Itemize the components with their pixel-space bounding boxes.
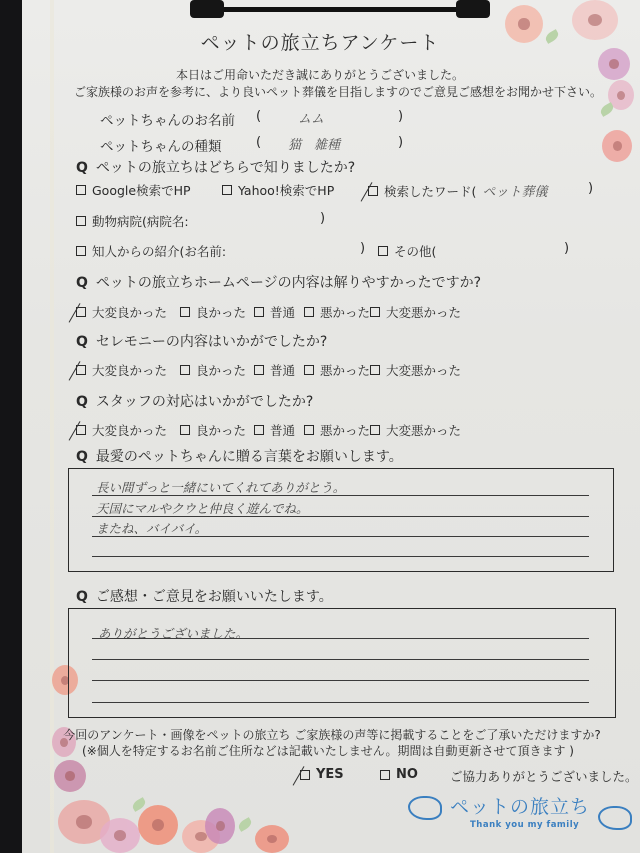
- option-label: 大変悪かった: [386, 421, 461, 439]
- message-line-3: またね、バイバイ。: [96, 519, 207, 537]
- paren-open: (: [256, 135, 261, 150]
- checkbox[interactable]: [378, 246, 388, 256]
- option-label: 悪かった: [320, 421, 370, 439]
- option-label: 良かった: [196, 303, 246, 321]
- option-label: 検索したワード(: [384, 182, 476, 200]
- rating-option[interactable]: 大変良かった: [76, 361, 167, 379]
- question-staff: Qスタッフの対応はいかがでしたか?: [76, 391, 313, 411]
- paren-close: ): [398, 109, 403, 124]
- question-text: 最愛のペットちゃんに贈る言葉をお願いします。: [96, 449, 403, 465]
- checkbox[interactable]: [254, 365, 264, 375]
- option-label: 良かった: [196, 421, 246, 439]
- message-line-1: 長い間ずっと一緒にいてくれてありがとう。: [96, 478, 345, 496]
- survey-title: ペットの旅立ちアンケート: [0, 28, 640, 55]
- q-mark: Q: [76, 589, 88, 605]
- checkbox[interactable]: [254, 307, 264, 317]
- logo-text: ペットの旅立ち: [450, 792, 590, 819]
- pet-name-label: ペットちゃんのお名前: [100, 109, 235, 129]
- message-line-2: 天国にマルやクウと仲良く遊んでね。: [96, 499, 309, 517]
- rating-option[interactable]: 悪かった: [304, 303, 370, 321]
- question-message: Q最愛のペットちゃんに贈る言葉をお願いします。: [76, 446, 403, 466]
- ruled-line: [92, 659, 589, 660]
- option-label: Google検索でHP: [92, 181, 191, 199]
- q-mark: Q: [76, 334, 88, 350]
- ruled-line: [92, 702, 589, 703]
- checkbox[interactable]: [304, 425, 314, 435]
- right-wing-icon: [598, 806, 632, 830]
- ruled-line: [92, 638, 589, 639]
- paren-close: ): [588, 181, 593, 196]
- option-label: 普通: [270, 421, 295, 439]
- option-label: 大変良かった: [92, 361, 167, 379]
- no-label: NO: [396, 767, 418, 782]
- rating-option[interactable]: 悪かった: [304, 421, 370, 439]
- rating-option[interactable]: 大変悪かった: [370, 421, 461, 439]
- checkbox[interactable]: [180, 365, 190, 375]
- option-label: 普通: [270, 361, 295, 379]
- question-feedback: Qご感想・ご意見をお願いいたします。: [76, 586, 333, 606]
- option-label: 大変悪かった: [386, 361, 461, 379]
- option-label: 普通: [270, 303, 295, 321]
- question-homepage: Qペットの旅立ちホームページの内容は解りやすかったですか?: [76, 272, 481, 292]
- consent-note: (※個人を特定するお名前ご住所などは記載いたしません。期間は自動更新させて頂きま…: [8, 742, 640, 759]
- rating-option[interactable]: 大変悪かった: [370, 303, 461, 321]
- checkbox[interactable]: [222, 185, 232, 195]
- option-label: 大変悪かった: [386, 303, 461, 321]
- checkbox[interactable]: [180, 425, 190, 435]
- option-label: Yahoo!検索でHP: [238, 181, 334, 199]
- option-referral[interactable]: 知人からの紹介(お名前:: [76, 242, 226, 260]
- paren-close: ): [564, 241, 569, 256]
- flower-decoration: [54, 760, 86, 792]
- question-text: スタッフの対応はいかがでしたか?: [96, 394, 313, 410]
- checkbox-checked[interactable]: [300, 770, 310, 780]
- consent-no[interactable]: NO: [380, 767, 418, 782]
- paren-close: ): [320, 211, 325, 226]
- question-text: セレモニーの内容はいかがでしたか?: [96, 334, 327, 350]
- ruled-line: [92, 495, 589, 496]
- paren-open: (: [256, 109, 261, 124]
- q-mark: Q: [76, 394, 88, 410]
- question-text: ご感想・ご意見をお願いいたします。: [96, 589, 333, 605]
- option-search-word[interactable]: 検索したワード( ペット葬儀: [368, 181, 547, 200]
- checkbox-checked[interactable]: [76, 425, 86, 435]
- flower-decoration: [255, 825, 289, 853]
- consent-yes[interactable]: YES: [300, 767, 344, 782]
- rating-option[interactable]: 普通: [254, 361, 295, 379]
- pet-type-label: ペットちゃんの種類: [100, 135, 222, 155]
- checkbox[interactable]: [76, 246, 86, 256]
- pet-name-field[interactable]: ムム: [298, 108, 324, 127]
- paren-close: ): [398, 135, 403, 150]
- feedback-line-1: ありがとうございました。: [98, 624, 248, 642]
- checkbox[interactable]: [76, 216, 86, 226]
- checkbox-checked[interactable]: [76, 365, 86, 375]
- search-word-field[interactable]: ペット葬儀: [482, 181, 547, 200]
- question-ceremony: Qセレモニーの内容はいかがでしたか?: [76, 331, 327, 351]
- intro-line-2: ご家族様のお声を参考に、より良いペット葬儀を目指しますのでご意見ご感想をお聞かせ…: [18, 83, 640, 100]
- rating-option[interactable]: 大変良かった: [76, 303, 167, 321]
- yes-label: YES: [316, 767, 344, 782]
- checkbox-checked[interactable]: [368, 186, 378, 196]
- option-label: 知人からの紹介(お名前:: [92, 242, 226, 260]
- clipboard-clip: [190, 0, 490, 20]
- checkbox-checked[interactable]: [76, 307, 86, 317]
- q-mark: Q: [76, 160, 88, 176]
- consent-question: 今回のアンケート・画像をペットの旅立ち ご家族様の声等に掲載することをご了承いた…: [12, 726, 640, 743]
- checkbox[interactable]: [254, 425, 264, 435]
- ruled-line: [92, 516, 589, 517]
- rating-option[interactable]: 良かった: [180, 361, 246, 379]
- rating-option[interactable]: 普通: [254, 421, 295, 439]
- thanks-message: ご協力ありがとうございました。: [450, 767, 638, 785]
- checkbox[interactable]: [304, 307, 314, 317]
- option-other[interactable]: その他(: [378, 242, 436, 260]
- flower-decoration: [205, 808, 235, 844]
- option-label: 大変良かった: [92, 421, 167, 439]
- ruled-line: [92, 536, 589, 537]
- checkbox[interactable]: [180, 307, 190, 317]
- brand-logo: ペットの旅立ち Thank you my family: [408, 790, 632, 840]
- ruled-line: [92, 680, 589, 681]
- checkbox[interactable]: [370, 425, 380, 435]
- left-wing-icon: [408, 796, 442, 820]
- checkbox[interactable]: [370, 365, 380, 375]
- option-label: 大変良かった: [92, 303, 167, 321]
- rating-option[interactable]: 大変悪かった: [370, 361, 461, 379]
- ruled-line: [92, 556, 589, 557]
- rating-option[interactable]: 良かった: [180, 421, 246, 439]
- question-text: ペットの旅立ちホームページの内容は解りやすかったですか?: [96, 275, 481, 291]
- option-yahoo[interactable]: Yahoo!検索でHP: [222, 181, 334, 199]
- option-label: 悪かった: [320, 361, 370, 379]
- checkbox[interactable]: [304, 365, 314, 375]
- flower-decoration: [100, 818, 140, 853]
- option-label: 良かった: [196, 361, 246, 379]
- rating-option[interactable]: 大変良かった: [76, 421, 167, 439]
- checkbox[interactable]: [370, 307, 380, 317]
- question-how-found: Qペットの旅立ちはどちらで知りましたか?: [76, 157, 355, 177]
- checkbox[interactable]: [76, 185, 86, 195]
- rating-option[interactable]: 普通: [254, 303, 295, 321]
- question-text: ペットの旅立ちはどちらで知りましたか?: [96, 160, 355, 176]
- intro-line-1: 本日はご用命いただき誠にありがとうございました。: [0, 66, 640, 83]
- option-google[interactable]: Google検索でHP: [76, 181, 191, 199]
- paren-close: ): [360, 241, 365, 256]
- rating-option[interactable]: 良かった: [180, 303, 246, 321]
- q-mark: Q: [76, 275, 88, 291]
- option-label: 悪かった: [320, 303, 370, 321]
- option-label: その他(: [394, 242, 436, 260]
- flower-decoration: [602, 130, 632, 162]
- pet-type-field[interactable]: 猫 雑種: [288, 134, 340, 153]
- q-mark: Q: [76, 449, 88, 465]
- option-label: 動物病院(病院名:: [92, 212, 189, 230]
- rating-option[interactable]: 悪かった: [304, 361, 370, 379]
- logo-tagline: Thank you my family: [470, 820, 579, 830]
- flower-decoration: [138, 805, 178, 845]
- checkbox[interactable]: [380, 770, 390, 780]
- option-vet-clinic[interactable]: 動物病院(病院名:: [76, 212, 189, 230]
